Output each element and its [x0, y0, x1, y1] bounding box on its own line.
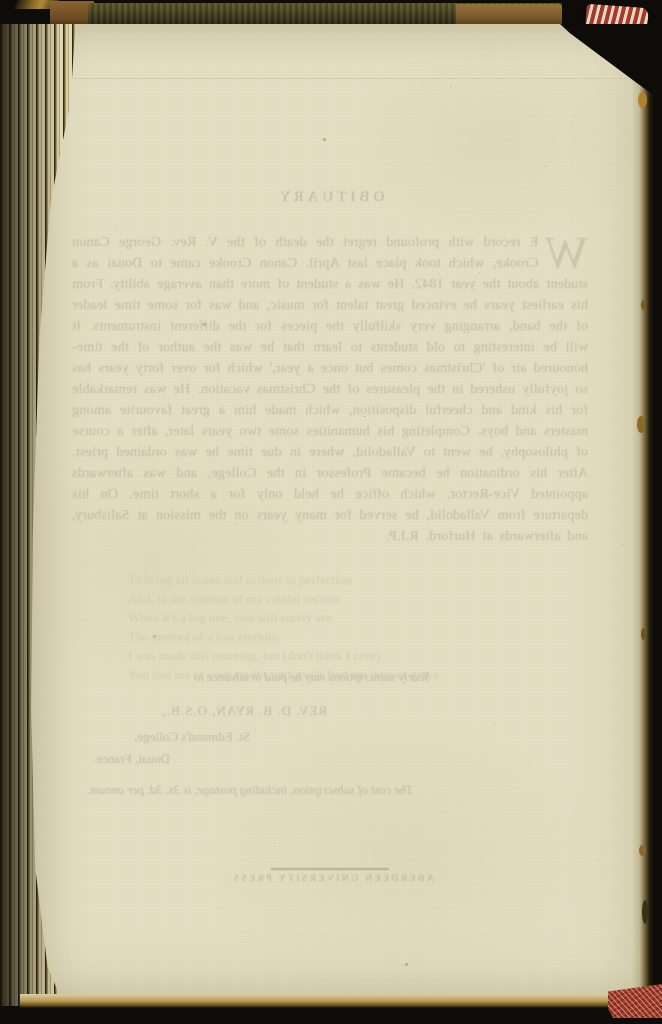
book-page: OBITUARY WE record with profound regret …: [24, 24, 650, 1006]
deckle-stain: [642, 900, 648, 924]
deckle-stain: [641, 628, 646, 640]
deckle-stain: [637, 416, 645, 433]
page-right-deckle-edge: [632, 24, 654, 1006]
obituary-body-text: E record with profound regret the death …: [72, 235, 588, 544]
obituary-paragraph: WE record with profound regret the death…: [72, 232, 588, 547]
subscription-cost: The cost of subscription, including post…: [72, 783, 413, 798]
poem-line: The symbol of a lost eternity.: [128, 627, 558, 646]
subscription-payee: REV. D. B. RYAN, O.S.B.,: [72, 703, 327, 719]
deckle-stain: [638, 92, 647, 108]
subscription-college: St. Edmund's College,: [72, 729, 250, 745]
bleedthrough-text-mirrored: OBITUARY WE record with profound regret …: [72, 188, 588, 884]
page-top-edge-line: [30, 28, 640, 29]
imprint-rule: [271, 868, 389, 870]
poem-line: I was made this morning, but (don't thin…: [128, 646, 558, 665]
deckle-stain: [639, 845, 646, 856]
printer-imprint: ABERDEEN UNIVERSITY PRESS.: [72, 874, 588, 884]
poem-line: To bring all states and actions to perfe…: [128, 570, 558, 589]
page-bottom-gilt-edge: [20, 994, 618, 1008]
poem-line: And, in the contour of my caudal section: [128, 589, 558, 608]
subscription-place: Douai, France.: [72, 751, 170, 767]
book-scan-photo: OBITUARY WE record with profound regret …: [0, 0, 662, 1024]
page-top-edge-crease: [58, 78, 628, 79]
poem-line: When it's a big one, you will surely see: [128, 608, 558, 627]
dropcap-w: W: [538, 232, 588, 272]
obituary-title: OBITUARY: [72, 188, 588, 206]
poem-line: You had me in your cradle, and you'll fi…: [128, 665, 558, 684]
deckle-stain: [641, 300, 646, 310]
offset-poem-text: To bring all states and actions to perfe…: [128, 570, 558, 684]
